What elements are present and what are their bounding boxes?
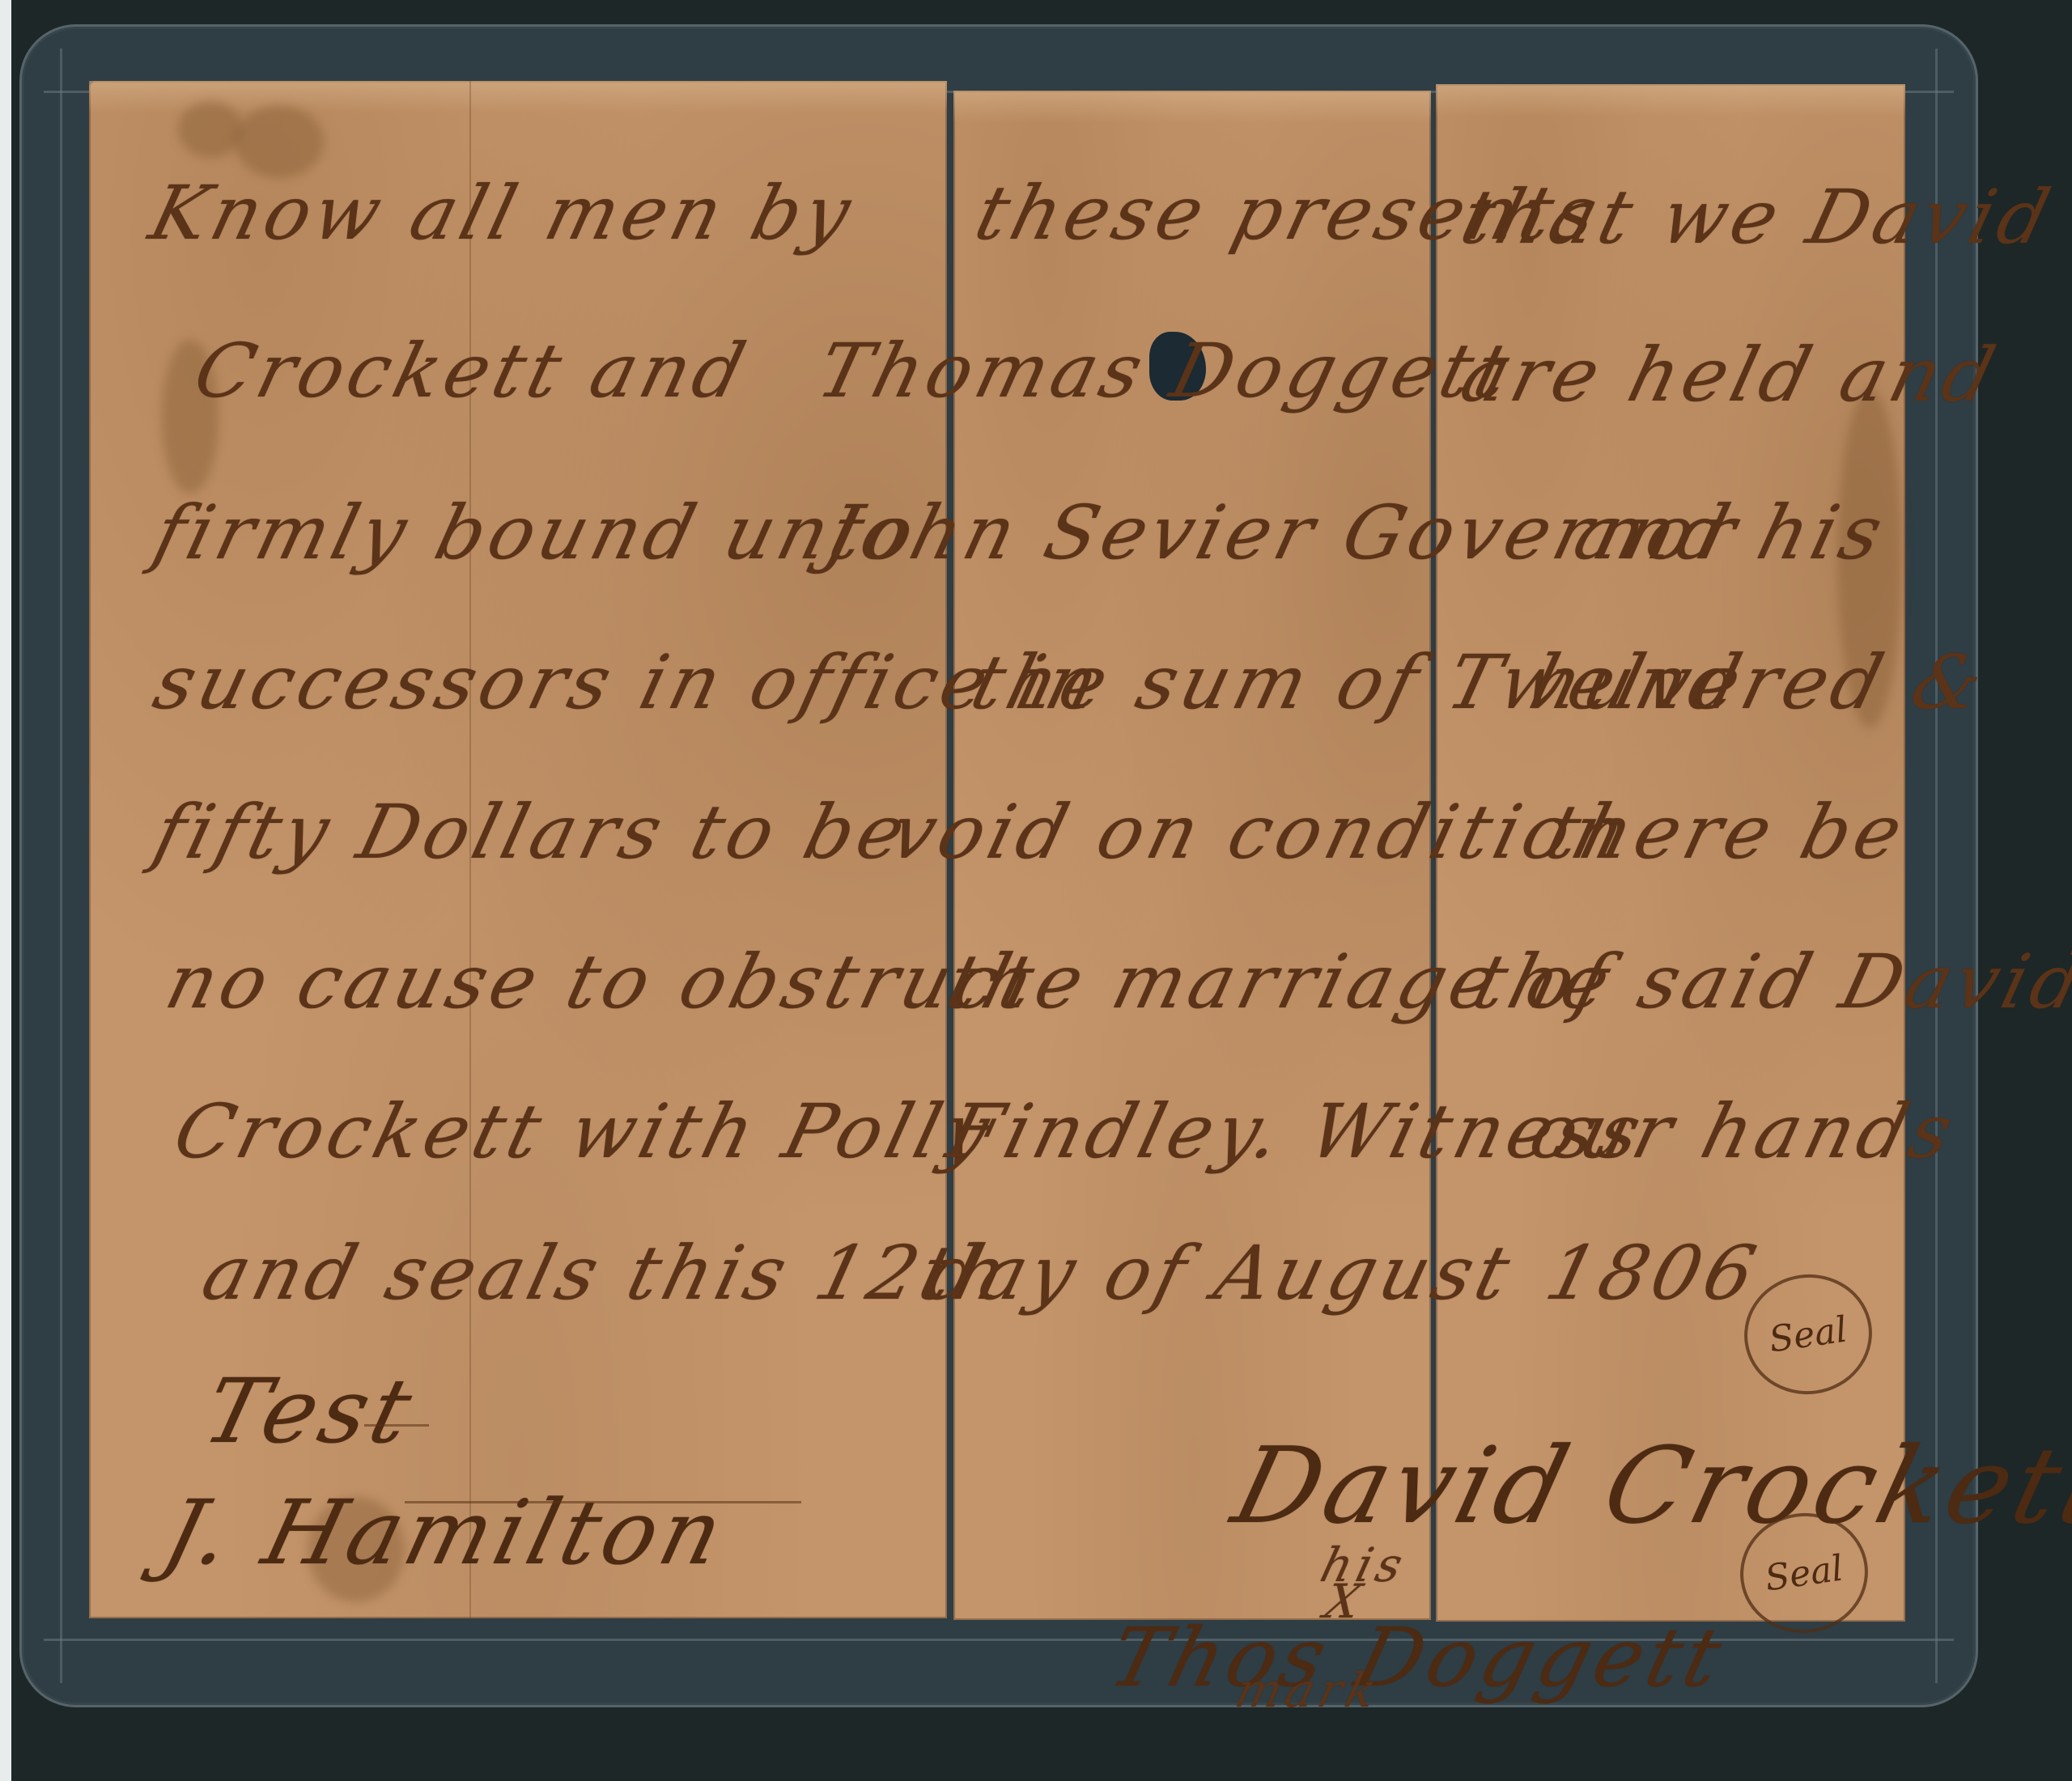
text-line-5a: fifty Dollars to be	[146, 789, 919, 876]
text-line-5c: there be	[1538, 789, 1915, 876]
signature-thomas-doggett: Thos Doggett	[1101, 1610, 1735, 1705]
witness-label: Test	[194, 1359, 427, 1463]
witness-signature: J. Hamilton	[154, 1481, 737, 1584]
text-line-3c: and his	[1566, 490, 1896, 576]
signature-david-crockett: David Crockett	[1222, 1424, 2072, 1547]
text-line-7a: Crockett with Polly	[166, 1088, 1002, 1175]
witness-line	[364, 1424, 429, 1427]
text-line-6a: no cause to obstruct	[158, 939, 1047, 1025]
stain	[178, 101, 243, 158]
text-line-8c: 1806	[1538, 1230, 1768, 1317]
witness-signature-line	[405, 1501, 801, 1503]
text-line-8a: and seals this 12th	[194, 1230, 1021, 1317]
text-line-3a: firmly bound unto	[146, 490, 928, 576]
text-line-5b: void on condition	[882, 789, 1637, 876]
scan-background: Know all men by these presents that we D…	[0, 0, 2072, 1781]
text-line-6c: the said David	[1465, 939, 2072, 1025]
text-line-7c: our hands	[1522, 1088, 1965, 1175]
text-line-8b: day of August	[919, 1230, 1522, 1317]
text-line-1c: that we David	[1453, 174, 2062, 261]
text-line-2b: Thomas Doggett	[809, 328, 1522, 414]
text-line-1a: Know all men by	[142, 170, 864, 257]
mark-note-mark: mark	[1230, 1663, 1386, 1718]
stain	[235, 105, 324, 178]
sleeve-edge-left	[60, 49, 62, 1683]
text-line-2a: Crockett and	[186, 328, 758, 414]
text-line-2c: are held and	[1453, 332, 2007, 418]
text-line-4c: hundred &	[1522, 639, 1996, 726]
scanner-edge	[0, 0, 11, 1781]
